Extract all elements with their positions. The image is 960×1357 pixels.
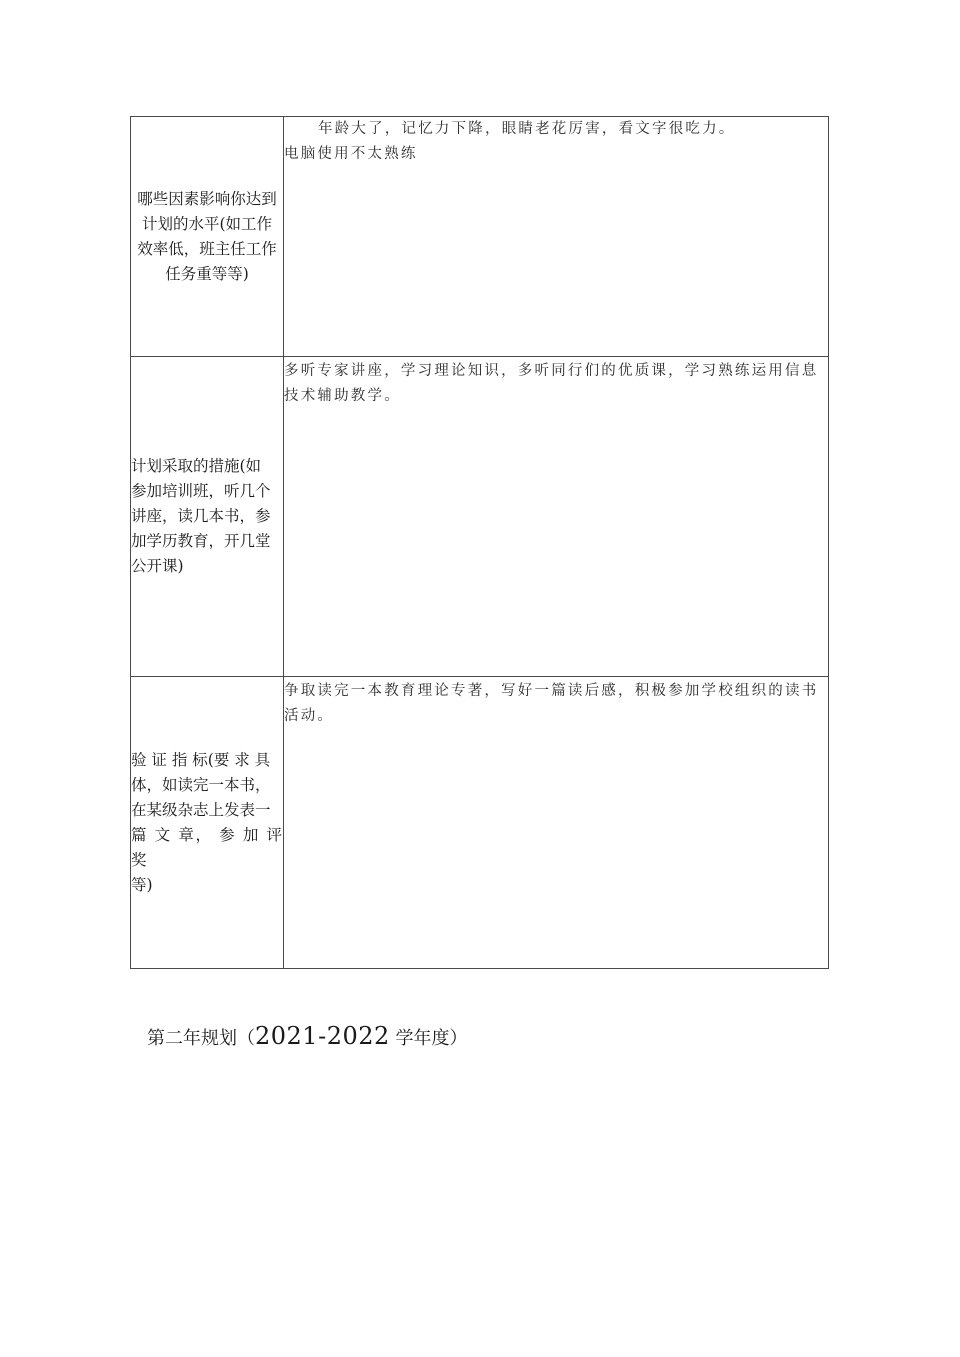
- row-content-measures: 多听专家讲座，学习理论知识，多听同行们的优质课，学习熟练运用信息技术辅助教学。: [284, 357, 829, 677]
- label-line: 效率低，班主任工作: [131, 237, 283, 262]
- row-content-indicators: 争取读完一本教育理论专著，写好一篇读后感，积极参加学校组织的读书活动。: [284, 677, 829, 969]
- label-line: 公开课): [131, 554, 282, 579]
- table-row-factors: 哪些因素影响你达到 计划的水平(如工作 效率低，班主任工作 任务重等等) 年龄大…: [131, 117, 829, 357]
- label-line: 讲座，读几本书，参: [131, 504, 282, 529]
- label-line: 在某级杂志上发表一: [131, 798, 282, 823]
- label-line: 任务重等等): [131, 262, 283, 287]
- heading-year: 2021-2022: [255, 1022, 390, 1050]
- table-row-measures: 计划采取的措施(如 参加培训班，听几个 讲座，读几本书，参 加学历教育，开几堂 …: [131, 357, 829, 677]
- label-line: 等): [131, 873, 282, 898]
- row-label-factors: 哪些因素影响你达到 计划的水平(如工作 效率低，班主任工作 任务重等等): [131, 117, 284, 357]
- row-content-factors: 年龄大了，记忆力下降，眼睛老花厉害，看文字很吃力。 电脑使用不太熟练: [284, 117, 829, 357]
- label-line: 参加培训班，听几个: [131, 479, 282, 504]
- row-label-measures: 计划采取的措施(如 参加培训班，听几个 讲座，读几本书，参 加学历教育，开几堂 …: [131, 357, 284, 677]
- label-line: 篇 文 章， 参 加 评 奖: [131, 823, 282, 873]
- plan-table: 哪些因素影响你达到 计划的水平(如工作 效率低，班主任工作 任务重等等) 年龄大…: [130, 116, 829, 969]
- section-heading-second-year: 第二年规划（2021-2022 学年度）: [147, 1022, 468, 1050]
- heading-prefix: 第二年规划（: [147, 1028, 255, 1049]
- table-row-indicators: 验 证 指 标(要 求 具 体，如读完一本书， 在某级杂志上发表一 篇 文 章，…: [131, 677, 829, 969]
- label-line: 计划的水平(如工作: [131, 212, 283, 237]
- label-line: 验 证 指 标(要 求 具: [131, 748, 282, 773]
- content-paragraph: 电脑使用不太熟练: [284, 142, 828, 167]
- label-line: 加学历教育，开几堂: [131, 529, 282, 554]
- label-line: 哪些因素影响你达到: [131, 187, 283, 212]
- content-paragraph: 多听专家讲座，学习理论知识，多听同行们的优质课，学习熟练运用信息技术辅助教学。: [284, 359, 828, 409]
- label-line: 计划采取的措施(如: [131, 454, 282, 479]
- label-line: 体，如读完一本书，: [131, 773, 282, 798]
- row-label-indicators: 验 证 指 标(要 求 具 体，如读完一本书， 在某级杂志上发表一 篇 文 章，…: [131, 677, 284, 969]
- heading-suffix: 学年度）: [390, 1028, 468, 1049]
- content-paragraph: 争取读完一本教育理论专著，写好一篇读后感，积极参加学校组织的读书活动。: [284, 679, 828, 729]
- content-paragraph: 年龄大了，记忆力下降，眼睛老花厉害，看文字很吃力。: [284, 117, 828, 142]
